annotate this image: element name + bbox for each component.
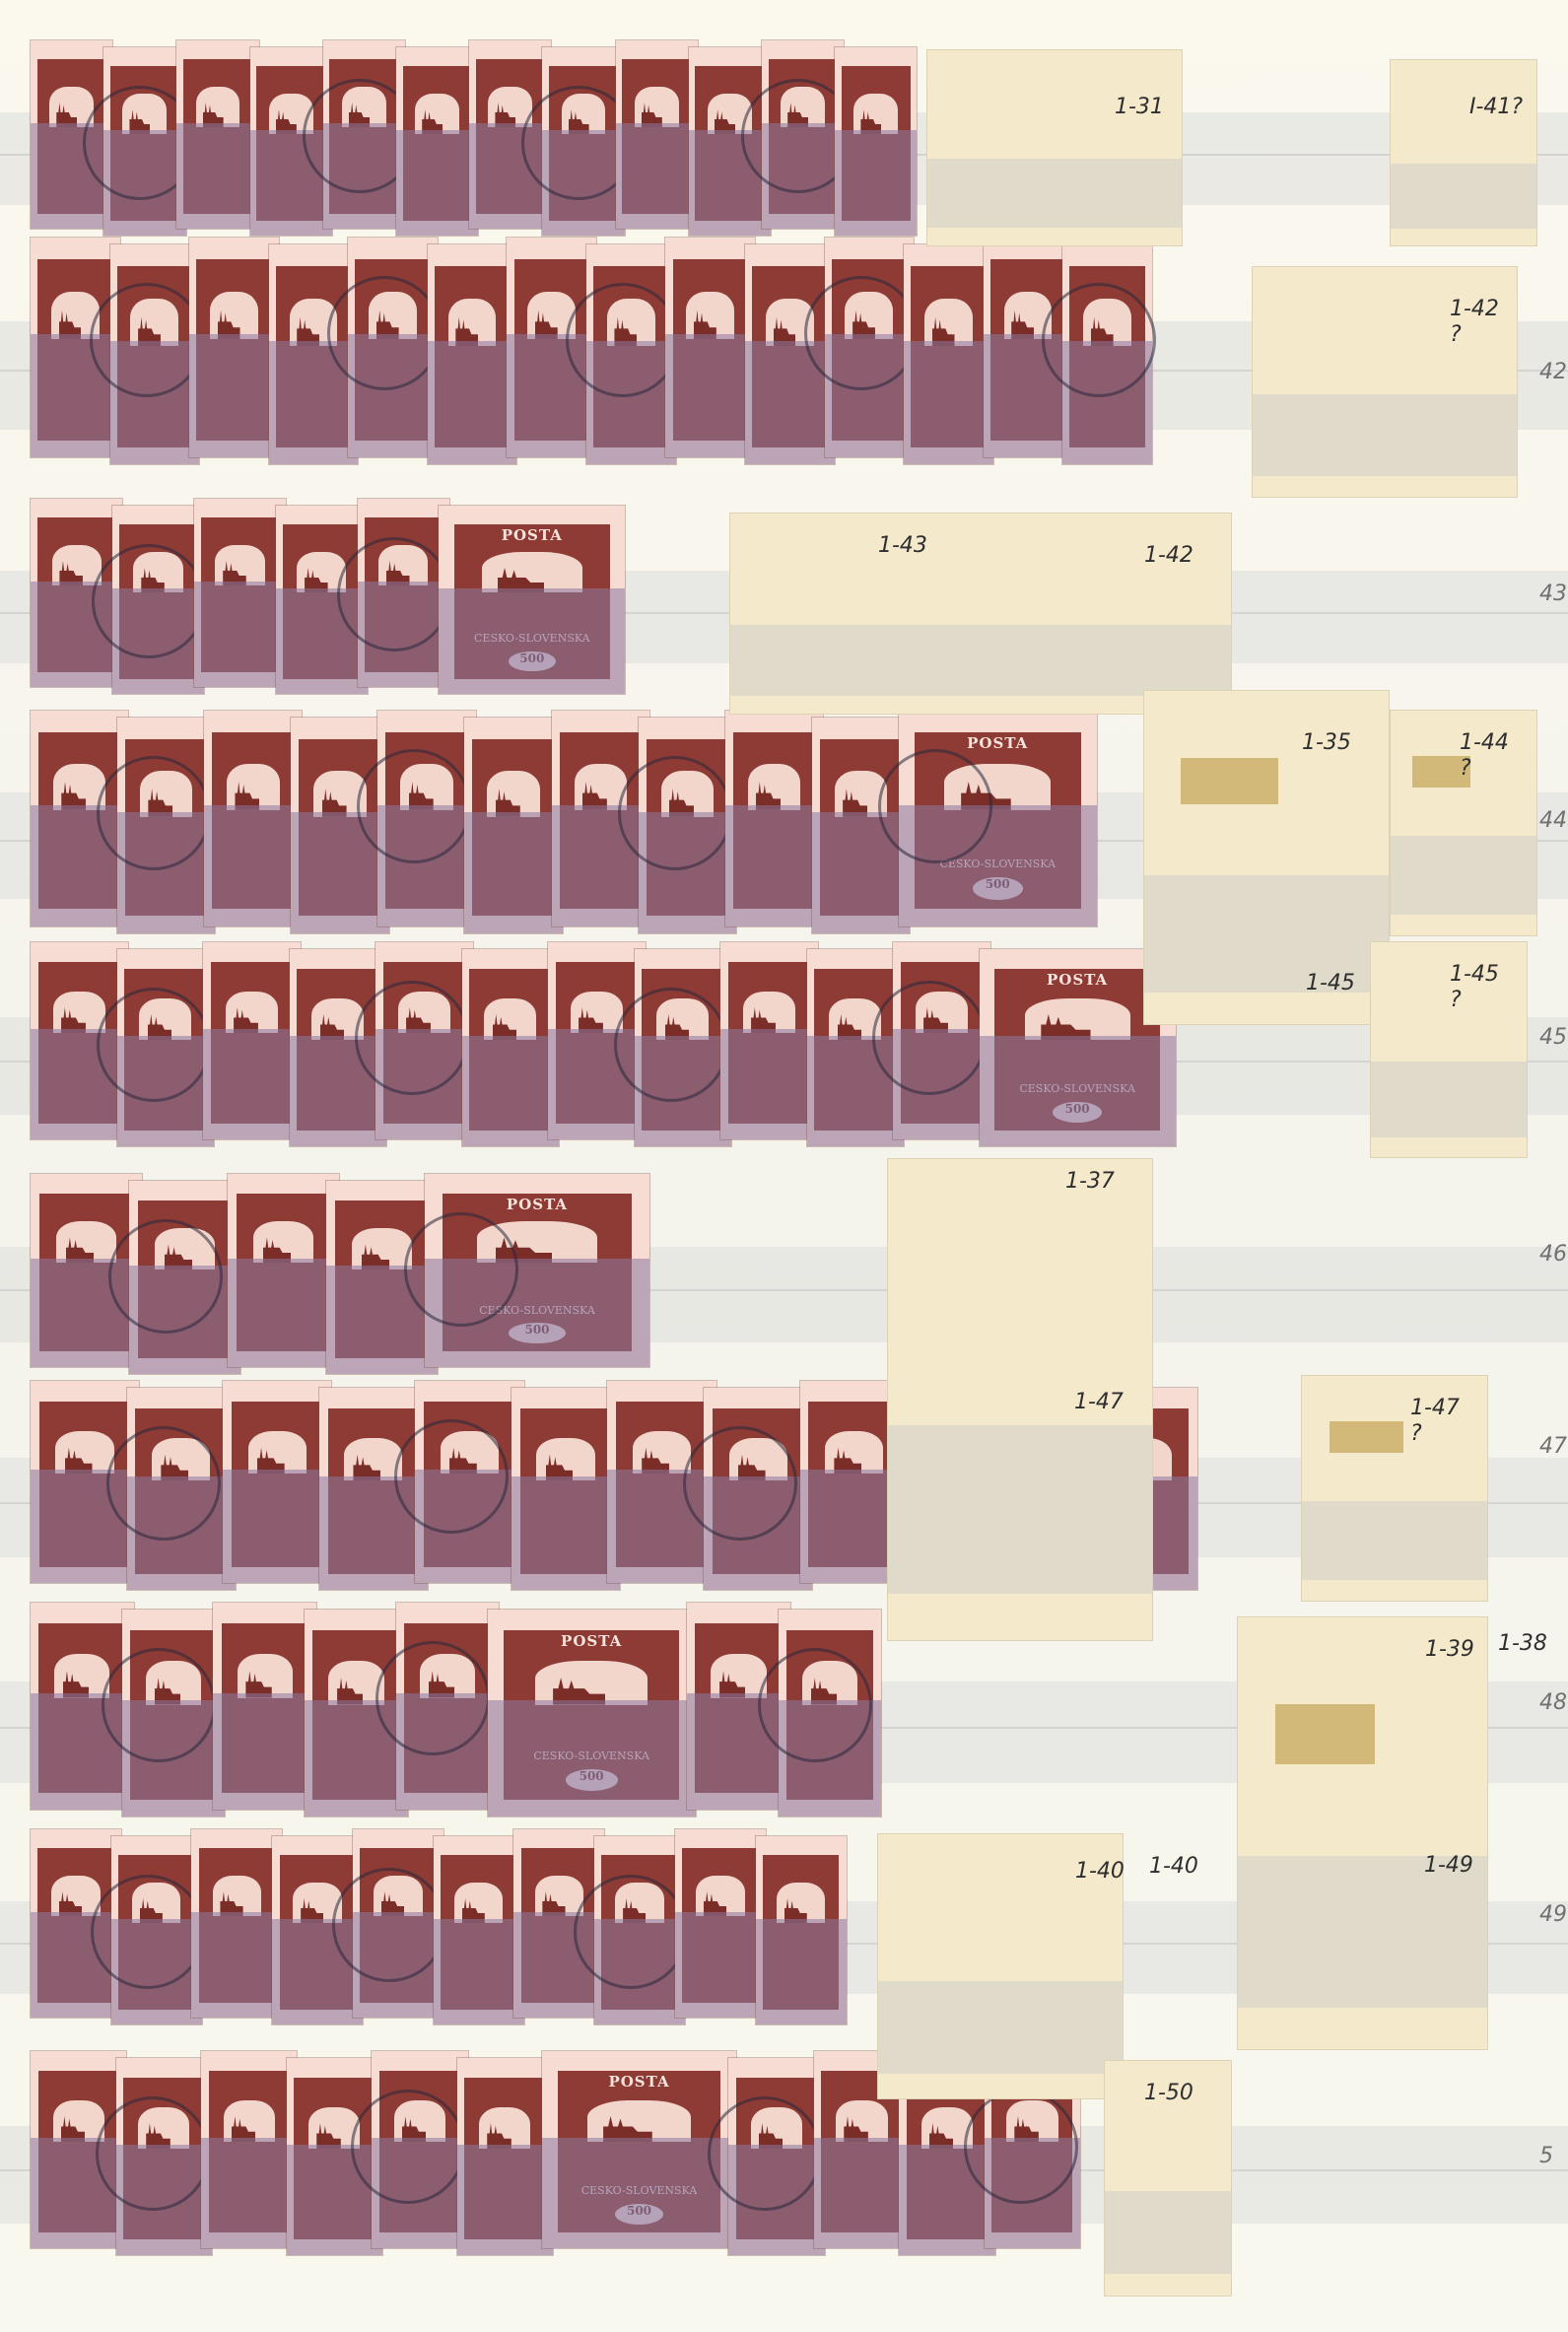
stamp	[188, 237, 280, 458]
stamp-title: POSTA	[994, 971, 1159, 989]
stamp-back: 1-31	[926, 49, 1183, 246]
postmark	[327, 276, 442, 390]
stamp-back: 1-45 ?	[1370, 941, 1528, 1158]
margin-row-number: 49	[1539, 1902, 1567, 1927]
postmark	[337, 537, 451, 652]
stamp-back: 1-431-42	[729, 513, 1232, 715]
stamp: POSTACESKO-SLOVENSKA500	[487, 1609, 697, 1818]
stamp	[202, 941, 302, 1140]
postmark	[878, 749, 992, 863]
postmark	[683, 1426, 797, 1541]
margin-row-number: 46	[1539, 1242, 1567, 1267]
stamp-back: 1-50	[1104, 2060, 1232, 2297]
stamp	[615, 39, 699, 230]
pencil-note: 1-49	[1424, 1853, 1473, 1879]
margin-row-number: 47	[1539, 1434, 1567, 1459]
stamp	[227, 1173, 340, 1368]
stamp	[212, 1602, 317, 1811]
postmark	[91, 1875, 205, 1989]
pencil-note: 1-37	[1065, 1169, 1115, 1195]
stamp	[175, 39, 259, 230]
pencil-note: 1-43	[878, 533, 927, 559]
pencil-note: I-41?	[1469, 95, 1523, 120]
margin-row-number: 45	[1539, 1025, 1567, 1050]
stamp-back: I-41?	[1390, 59, 1537, 246]
postmark	[357, 749, 471, 863]
margin-row-number: 43	[1539, 582, 1567, 606]
stamp	[200, 2050, 298, 2249]
stamp	[511, 1387, 621, 1591]
stamp	[664, 237, 756, 458]
stamp	[395, 46, 479, 237]
postmark	[872, 981, 987, 1095]
stamp	[427, 243, 518, 465]
stamp	[193, 498, 287, 688]
stamp-back: 1-44 ?	[1390, 710, 1537, 936]
stamp	[203, 710, 303, 927]
postmark	[97, 756, 211, 870]
pencil-note: 1-39	[1425, 1637, 1474, 1663]
stamp	[834, 46, 918, 237]
postmark	[394, 1419, 509, 1534]
postmark	[92, 544, 206, 658]
postmark	[106, 1426, 221, 1541]
margin-row-number: 5	[1539, 2144, 1553, 2168]
pencil-note: 1-47 ?	[1410, 1396, 1460, 1448]
postmark	[574, 1875, 688, 1989]
postmark	[96, 2096, 210, 2211]
stamp	[719, 941, 819, 1140]
stamp	[222, 1380, 332, 1584]
postmark	[708, 2096, 822, 2211]
stamp	[755, 1835, 848, 2025]
pencil-note: 1-45 ?	[1450, 962, 1499, 1014]
postmark	[566, 283, 680, 397]
stamp	[461, 948, 561, 1147]
stamp	[463, 717, 563, 934]
margin-row-number: 48	[1539, 1690, 1567, 1715]
pencil-note: 1-40	[1075, 1859, 1125, 1885]
hinge-remnant	[1329, 1421, 1403, 1453]
postmark	[964, 2090, 1078, 2204]
margin-row-number: 42	[1539, 360, 1567, 384]
pencil-note: 1-42 ?	[1450, 297, 1499, 349]
stamp	[724, 710, 824, 927]
stamp-title: POSTA	[443, 1196, 632, 1213]
pencil-note: 1-44 ?	[1460, 730, 1509, 783]
postmark	[108, 1219, 223, 1334]
stamp	[903, 243, 994, 465]
hinge-remnant	[1275, 1704, 1375, 1764]
pencil-note: 1-50	[1144, 2081, 1193, 2106]
postmark	[332, 1868, 446, 1982]
stamp-title: POSTA	[504, 1632, 678, 1650]
stamp-back: 1-401-40	[877, 1833, 1124, 2099]
postmark	[375, 1641, 490, 1755]
pencil-note: 1-38	[1498, 1631, 1547, 1657]
pencil-note: 1-47	[1074, 1390, 1124, 1415]
stamp-back: 1-42 ?	[1252, 266, 1518, 498]
postmark	[351, 2090, 465, 2204]
stamp	[456, 2057, 554, 2256]
stamp	[433, 1835, 525, 2025]
postmark	[804, 276, 919, 390]
pencil-note: 1-45	[1306, 971, 1355, 996]
stamp: POSTACESKO-SLOVENSKA500	[438, 505, 626, 695]
stamp-back: 1-47 ?	[1301, 1375, 1488, 1602]
postmark	[90, 283, 204, 397]
stamp	[190, 1828, 283, 2019]
postmark	[1042, 283, 1156, 397]
stamp-title: POSTA	[558, 2073, 720, 2091]
pencil-note: 1-42	[1144, 543, 1193, 569]
stamp	[674, 1828, 767, 2019]
postmark	[618, 756, 732, 870]
postmark	[102, 1648, 216, 1762]
pencil-note: 1-31	[1115, 95, 1164, 120]
album-page: POSTACESKO-SLOVENSKA500POSTACESKO-SLOVEN…	[0, 0, 1568, 2332]
pencil-note: 1-40	[1149, 1854, 1198, 1880]
postmark	[404, 1212, 518, 1327]
postmark	[758, 1648, 872, 1762]
postmark	[97, 988, 211, 1102]
stamp-back: 1-39	[1237, 1616, 1488, 2050]
postmark	[355, 981, 469, 1095]
stamp-title: POSTA	[454, 526, 611, 544]
margin-row-number: 44	[1539, 808, 1567, 833]
pencil-note: 1-35	[1302, 730, 1351, 756]
postmark	[614, 988, 728, 1102]
hinge-remnant	[1181, 758, 1278, 804]
